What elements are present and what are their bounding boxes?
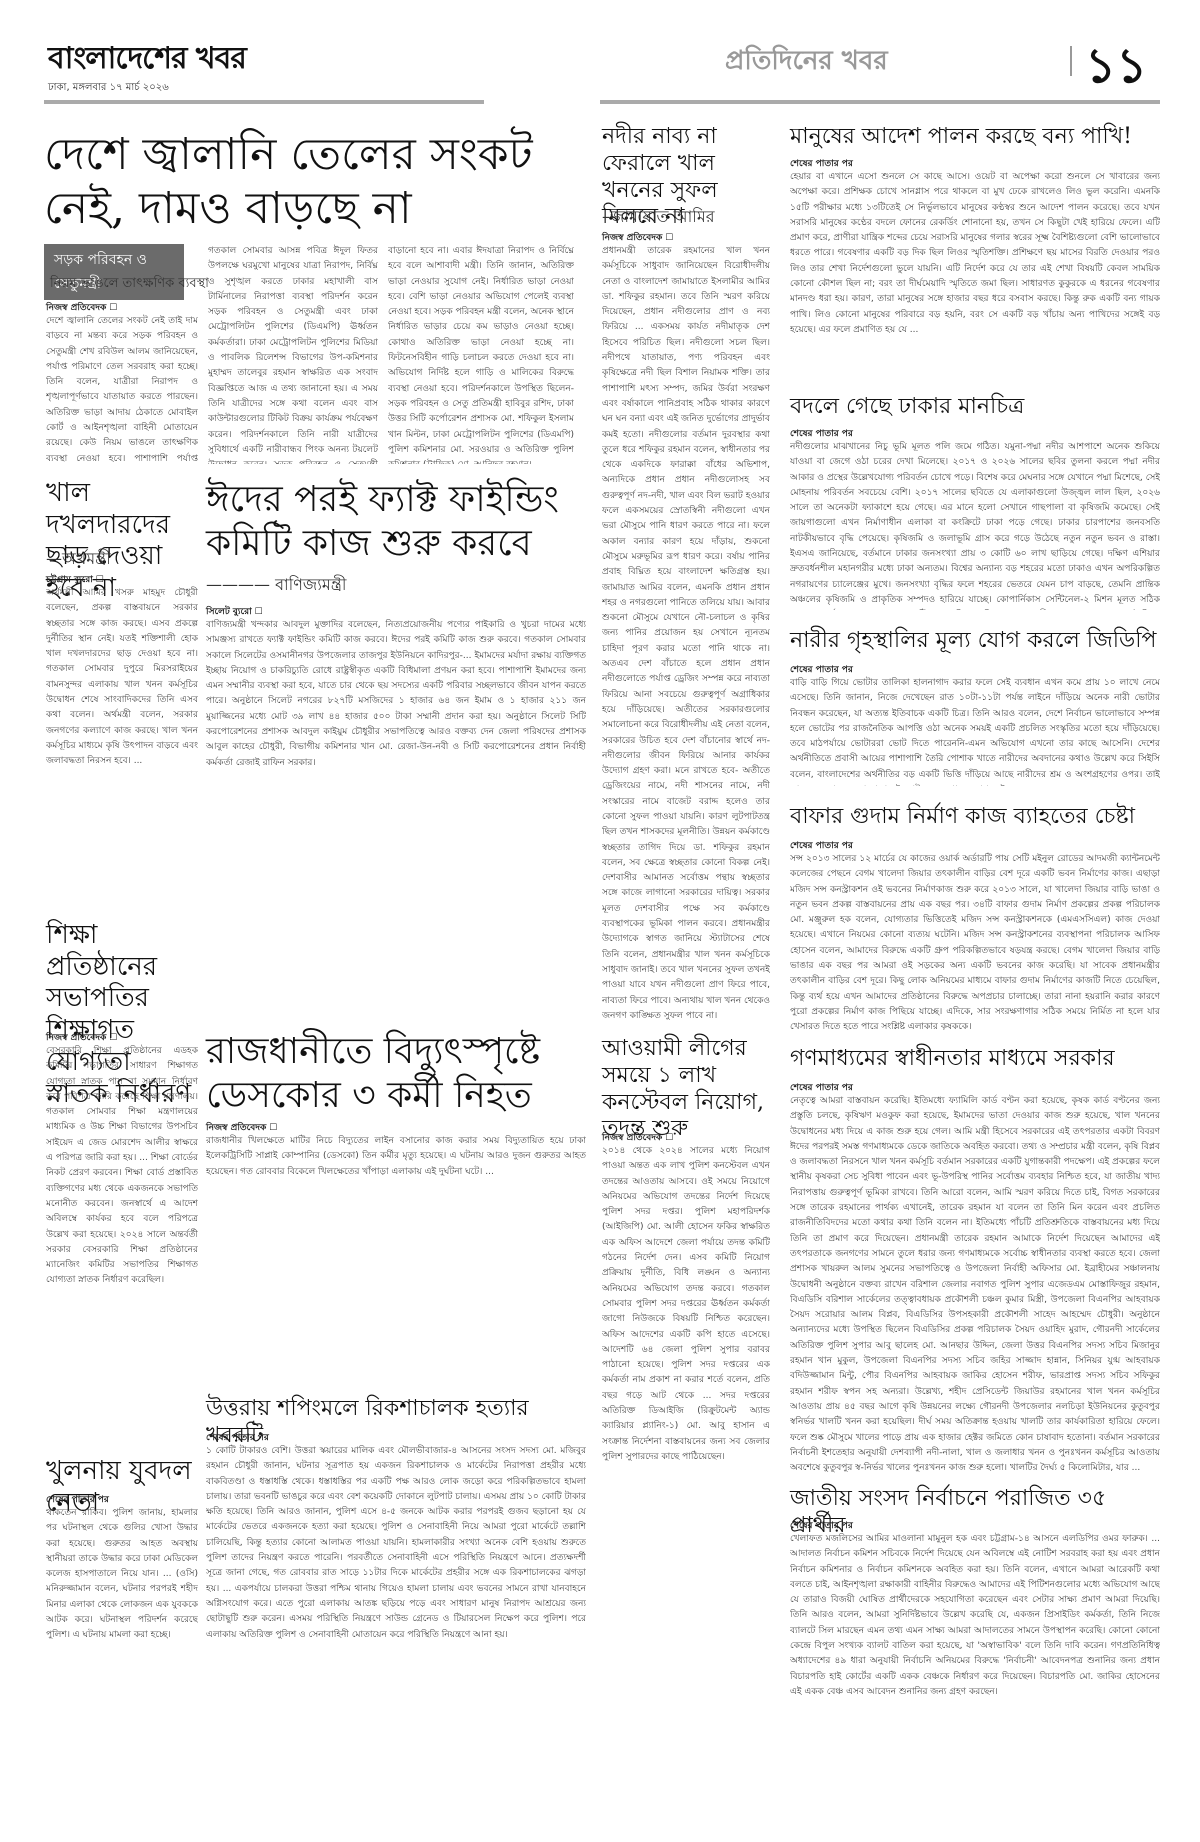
newspaper-logo: বাংলাদেশের খবর xyxy=(48,34,246,85)
section-divider xyxy=(600,100,1160,104)
bird-body: হেয়ার বা এখানে এসো শুনলে সে কাছে আসে। ও… xyxy=(790,170,1160,382)
dhaka-map-body: নদীগুলোর মাঝখানের নিচু ভূমি মূলত পলি জমে… xyxy=(790,440,1160,610)
canal-body: অর্থমন্ত্রী আমির খসরু মাহমুদ চৌধুরী বলেছ… xyxy=(46,586,198,904)
media-body: নেতৃত্বে আমরা বাস্তবায়ন করেছি। ইতিমধ্যে… xyxy=(790,1094,1160,1478)
uttara-body: ১ কোটি টাকারও বেশি। উত্তরা স্কয়ারের মাল… xyxy=(206,1444,586,1744)
lead-byline: নিজস্ব প্রতিবেদক xyxy=(46,300,117,315)
section-title: প্রতিদিনের খবর xyxy=(725,40,1060,84)
fact-finding-byline: সিলেট ব্যুরো xyxy=(206,604,263,619)
media-headline[interactable]: গণমাধ্যমের স্বাধীনতার মাধ্যমে সরকার xyxy=(790,1046,1160,1073)
constables-headline[interactable]: আওয়ামী লীগের সময়ে ১ লাখ কনস্টেবল নিয়ো… xyxy=(602,1036,770,1143)
uttara-continued: শেষের পাতার পর xyxy=(206,1430,269,1445)
fact-finding-attribution: ———— বাণিজ্যমন্ত্রী xyxy=(206,572,346,599)
media-continued: শেষের পাতার পর xyxy=(790,1080,853,1095)
electrocution-headline[interactable]: রাজধানীতে বিদ্যুৎস্পৃষ্টে ডেসকোর ৩ কর্মী… xyxy=(206,1030,586,1118)
constables-body: ২০১৪ থেকে ২০২৪ সালের মধ্যে নিয়োগ পাওয়া… xyxy=(602,1144,770,1744)
gdp-body: বাড়ি বাড়ি গিয়ে ভোটার তালিকা হালনাগাদ … xyxy=(790,676,1160,786)
bafa-body: সন্স ২০১৩ সালের ১২ মার্চের যে কাজের ওয়া… xyxy=(790,852,1160,1030)
canal-attribution: —অর্থমন্ত্রী xyxy=(46,546,111,573)
bird-continued: শেষের পাতার পর xyxy=(790,156,853,171)
bafa-headline[interactable]: বাফার গুদাম নির্মাণ কাজ ব্যাহতের চেষ্টা xyxy=(790,804,1160,831)
electrocution-body: রাজধানীর খিলক্ষেতে মাটির নিচে বিদ্যুতের … xyxy=(206,1134,586,1380)
dhaka-map-headline[interactable]: বদলে গেছে ঢাকার মানচিত্র xyxy=(790,394,1160,421)
bafa-continued: শেষের পাতার পর xyxy=(790,838,853,853)
page-number: ১১ xyxy=(1085,30,1147,109)
lead-body-col2: গতকাল সোমবার আসন্ন পবিত্র ঈদুল ফিতর উপলক… xyxy=(208,244,378,464)
lead-subhead: নিয়ম ভাঙলে তাৎক্ষণিক ব্যবস্থা xyxy=(50,274,209,295)
gdp-continued: শেষের পাতার পর xyxy=(790,662,853,677)
dhaka-map-continued: শেষের পাতার পর xyxy=(790,426,853,441)
education-body: বেসরকারি শিক্ষা প্রতিষ্ঠানের এডহক কমিটির… xyxy=(46,1044,198,1440)
gdp-headline[interactable]: নারীর গৃহস্থালির মূল্য যোগ করলে জিডিপি xyxy=(790,628,1160,655)
lead-headline[interactable]: দেশে জ্বালানি তেলের সংকট নেই, দামও বাড়ছ… xyxy=(44,128,584,235)
khulna-continued: শেষের পাতার পর xyxy=(46,1492,109,1507)
khulna-body: থাকতেন রাকিব। পুলিশ জানায়, হামলার পর ঘট… xyxy=(46,1506,198,1742)
river-body: প্রধানমন্ত্রী তারেক রহমানের খাল খনন কর্ম… xyxy=(602,244,770,1030)
section-separator xyxy=(1070,46,1072,76)
electrocution-byline: নিজস্ব প্রতিবেদক xyxy=(206,1120,277,1135)
bird-headline[interactable]: মানুষের আদেশ পালন করছে বন্য পাখি! xyxy=(790,124,1160,151)
fact-finding-body: বাণিজ্যমন্ত্রী খন্দকার আবদুল মুক্তাদির ব… xyxy=(206,618,586,1004)
canal-byline: চট্টগ্রাম ব্যুরো xyxy=(46,572,104,587)
issue-date: ঢাকা, মঙ্গলবার ১৭ মার্চ ২০২৬ xyxy=(48,80,169,97)
river-attribution: –জামায়াত আমির xyxy=(602,204,715,231)
river-byline: নিজস্ব প্রতিবেদক xyxy=(602,230,673,245)
election-continued: শেষের পাতার পর xyxy=(790,1518,853,1533)
masthead-divider xyxy=(44,100,484,104)
fact-finding-headline[interactable]: ঈদের পরই ফ্যাক্ট ফাইন্ডিং কমিটি কাজ শুরু… xyxy=(206,478,586,566)
constables-byline: নিজস্ব প্রতিবেদক xyxy=(602,1130,673,1145)
education-byline: নিজস্ব প্রতিবেদক xyxy=(46,1030,117,1045)
lead-body-col1: দেশে জ্বালানি তেলের সংকট নেই তাই দাম বাড… xyxy=(46,314,198,464)
lead-body-col3: বাড়ানো হবে না। এবার ঈদযাত্রা নিরাপদ ও ন… xyxy=(388,244,574,464)
election-body: খেলাফত মজলিসের আমির মাওলানা মামুনুল হক এ… xyxy=(790,1532,1160,1744)
